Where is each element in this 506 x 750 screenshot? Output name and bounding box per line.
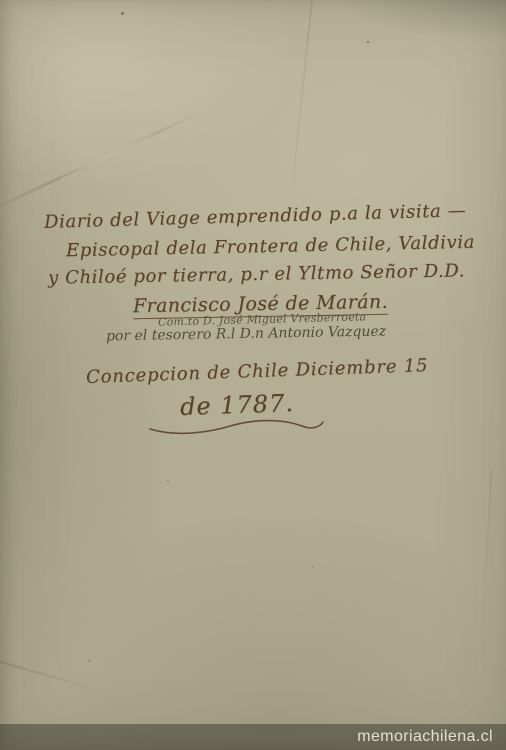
manuscript-title-line-1: Diario del Viage emprendido p.a la visit… (44, 200, 467, 233)
paper-crease (292, 0, 314, 183)
scanned-manuscript-page: Diario del Viage emprendido p.a la visit… (0, 0, 506, 750)
manuscript-annotation-line-2: por el tesorero R.l D.n Antonio Vazquez (106, 324, 386, 345)
paper-crease (0, 107, 209, 215)
paper-speck (121, 12, 124, 15)
paper-speck (367, 41, 369, 43)
paper-speck (88, 660, 91, 662)
watermark-bar: memoriachilena.cl (0, 724, 506, 750)
manuscript-place-date-line: Concepcion de Chile Diciembre 15 (86, 355, 429, 388)
manuscript-title-line-2: Episcopal dela Frontera de Chile, Valdiv… (66, 232, 475, 262)
flourish-underline (146, 416, 326, 438)
paper-crease (482, 470, 493, 640)
paper-speck (167, 480, 169, 482)
paper-crease (0, 658, 116, 696)
watermark-text: memoriachilena.cl (357, 728, 493, 746)
paper-speck (312, 566, 314, 568)
manuscript-title-line-3: y Chiloé por tierra, p.r el Yltmo Señor … (48, 260, 465, 288)
